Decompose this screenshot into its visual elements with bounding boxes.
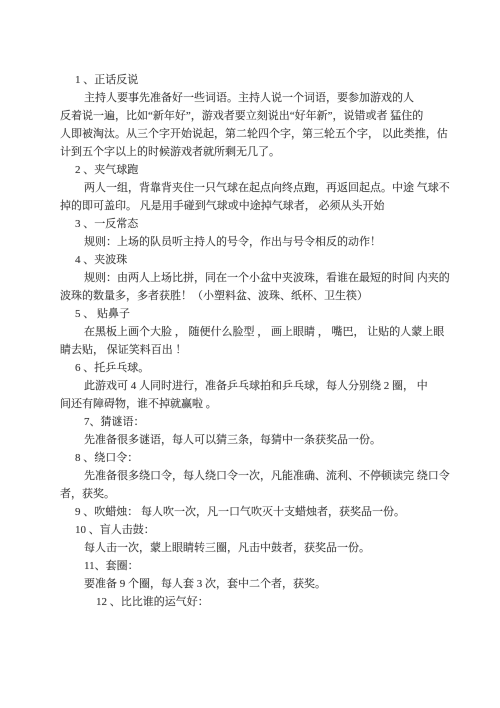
text-line: 11、套圈： xyxy=(60,557,444,575)
text-line: 睛去贴， 保证笑料百出 ！ xyxy=(60,341,444,359)
text-line: 主持人要事先准备好一些词语。主持人说一个词语，要参加游戏的人 xyxy=(60,89,444,107)
text-line: 12 、比比谁的运气好： xyxy=(60,593,444,611)
text-line: 4 、夹波珠 xyxy=(60,251,444,269)
text-line: 每人击一次，蒙上眼睛转三圈，凡击中鼓者，获奖品一份。 xyxy=(60,539,444,557)
text-line: 3 、一反常态 xyxy=(60,215,444,233)
document-body: 1 、正话反说主持人要事先准备好一些词语。主持人说一个词语，要参加游戏的人反着说… xyxy=(60,71,444,611)
text-line: 规则：上场的队员听主持人的号令，作出与号令相反的动作！ xyxy=(60,233,444,251)
text-line: 在黑板上画个大脸 ， 随便什么脸型 ， 画上眼睛 ， 嘴巴， 让贴的人蒙上眼 xyxy=(60,323,444,341)
text-line: 2 、夹气球跑 xyxy=(60,161,444,179)
text-line: 者，获奖。 xyxy=(60,485,444,503)
text-line: 1 、正话反说 xyxy=(60,71,444,89)
text-line: 规则：由两人上场比拼，同在一个小盆中夹波珠，看谁在最短的时间 内夹的 xyxy=(60,269,444,287)
text-line: 掉的即可盖印。 凡是用手碰到气球或中途掉气球者， 必须从头开始 xyxy=(60,197,444,215)
text-line: 7、猜谜语： xyxy=(60,413,444,431)
text-line: 波珠的数量多，多者获胜！（小塑料盆、波珠、纸杯、卫生筷） xyxy=(60,287,444,305)
text-line: 人即被淘汰。从三个字开始说起，第二轮四个字，第三轮五个字， 以此类推，估 xyxy=(60,125,444,143)
text-line: 两人一组，背靠背夹住一只气球在起点向终点跑，再返回起点。中途 气球不 xyxy=(60,179,444,197)
text-line: 6 、托乒乓球。 xyxy=(60,359,444,377)
text-line: 反着说一遍，比如“新年好”，游戏者要立刻说出“好年新”，说错或者 猛住的 xyxy=(60,107,444,125)
text-line: 5 、 贴鼻子 xyxy=(60,305,444,323)
text-line: 先准备很多绕口令，每人绕口令一次，凡能准确、流利、不停顿读完 绕口令 xyxy=(60,467,444,485)
document-page: 1 、正话反说主持人要事先准备好一些词语。主持人说一个词语，要参加游戏的人反着说… xyxy=(0,0,500,708)
text-line: 先准备很多谜语，每人可以猜三条，每猜中一条获奖品一份。 xyxy=(60,431,444,449)
text-line: 9 、吹蜡烛： 每人吹一次，凡一口气吹灭十支蜡烛者，获奖品一份。 xyxy=(60,503,444,521)
text-line: 间还有障碍物，谁不掉就赢啦 。 xyxy=(60,395,444,413)
text-line: 10 、盲人击鼓： xyxy=(60,521,444,539)
text-line: 计到五个字以上的时候游戏者就所剩无几了。 xyxy=(60,143,444,161)
text-line: 要准备 9 个圈，每人套 3 次，套中二个者，获奖。 xyxy=(60,575,444,593)
text-line: 此游戏可 4 人同时进行，准备乒乓球拍和乒乓球，每人分别绕 2 圈， 中 xyxy=(60,377,444,395)
text-line: 8 、绕口令： xyxy=(60,449,444,467)
